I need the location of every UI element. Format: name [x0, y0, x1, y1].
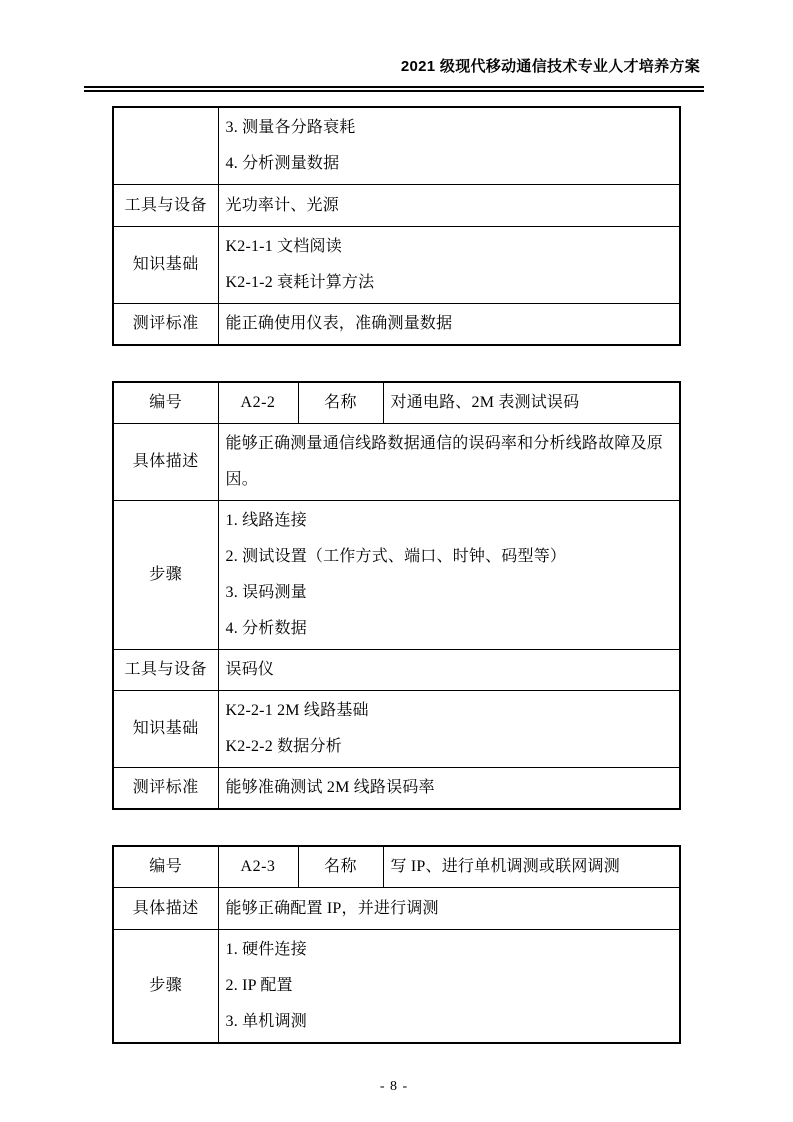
table-row: 具体描述能够正确配置 IP，并进行调测 [113, 888, 680, 930]
content-line: K2-1-2 衰耗计算方法 [226, 265, 674, 301]
content-line: K2-2-1 2M 线路基础 [226, 693, 674, 729]
page-header-title: 2021 级现代移动通信技术专业人才培养方案 [84, 56, 704, 78]
table-row: 测评标准能正确使用仪表，准确测量数据 [113, 304, 680, 346]
task-table-a2-2: 编号A2-2名称对通电路、2M 表测试误码具体描述能够正确测量通信线路数据通信的… [112, 381, 681, 810]
name-value-cell: 写 IP、进行单机调测或联网调测 [383, 846, 680, 888]
content-line: 3. 误码测量 [226, 575, 674, 611]
content-line: 2. 测试设置（工作方式、端口、时钟、码型等） [226, 539, 674, 575]
row-label-cell: 工具与设备 [113, 650, 218, 691]
row-content-cell: K2-2-1 2M 线路基础K2-2-2 数据分析 [218, 691, 680, 768]
header-double-rule [84, 86, 704, 92]
row-content-cell: 能够正确测量通信线路数据通信的误码率和分析线路故障及原 因。 [218, 424, 680, 501]
content-line: 4. 分析测量数据 [226, 146, 674, 182]
content-line: 能够正确测量通信线路数据通信的误码率和分析线路故障及原 因。 [226, 426, 674, 498]
page-footer: - 8 - [84, 1079, 704, 1095]
table-row: 步骤1. 线路连接2. 测试设置（工作方式、端口、时钟、码型等）3. 误码测量4… [113, 501, 680, 650]
row-label-cell: 测评标准 [113, 304, 218, 346]
table-row: 3. 测量各分路衰耗4. 分析测量数据 [113, 107, 680, 185]
name-value-cell: 对通电路、2M 表测试误码 [383, 382, 680, 424]
row-label-cell: 具体描述 [113, 888, 218, 930]
row-label-cell: 步骤 [113, 501, 218, 650]
content-line: 1. 线路连接 [226, 503, 674, 539]
content-line: 能正确使用仪表，准确测量数据 [226, 306, 674, 342]
tables-container: 3. 测量各分路衰耗4. 分析测量数据工具与设备光功率计、光源知识基础K2-1-… [84, 106, 704, 1044]
content-line: 能够准确测试 2M 线路误码率 [226, 770, 674, 806]
table-row: 工具与设备光功率计、光源 [113, 185, 680, 227]
row-content-cell: 误码仪 [218, 650, 680, 691]
table-row: 知识基础K2-2-1 2M 线路基础K2-2-2 数据分析 [113, 691, 680, 768]
task-table-a2-1-continued: 3. 测量各分路衰耗4. 分析测量数据工具与设备光功率计、光源知识基础K2-1-… [112, 106, 681, 346]
id-value-cell: A2-3 [218, 846, 298, 888]
content-line: 2. IP 配置 [226, 968, 674, 1004]
table-row: 工具与设备误码仪 [113, 650, 680, 691]
task-name-text: 写 IP、进行单机调测或联网调测 [391, 849, 674, 885]
row-content-cell: 3. 测量各分路衰耗4. 分析测量数据 [218, 107, 680, 185]
table-header-row: 编号A2-2名称对通电路、2M 表测试误码 [113, 382, 680, 424]
content-line: 光功率计、光源 [226, 188, 674, 224]
table-row: 具体描述能够正确测量通信线路数据通信的误码率和分析线路故障及原 因。 [113, 424, 680, 501]
content-line: 能够正确配置 IP，并进行调测 [226, 891, 674, 927]
table-header-row: 编号A2-3名称写 IP、进行单机调测或联网调测 [113, 846, 680, 888]
row-content-cell: 能够正确配置 IP，并进行调测 [218, 888, 680, 930]
row-content-cell: 能正确使用仪表，准确测量数据 [218, 304, 680, 346]
content-line: K2-1-1 文档阅读 [226, 229, 674, 265]
name-label-cell: 名称 [298, 846, 383, 888]
name-label-cell: 名称 [298, 382, 383, 424]
row-content-cell: 1. 线路连接2. 测试设置（工作方式、端口、时钟、码型等）3. 误码测量4. … [218, 501, 680, 650]
row-label-cell: 知识基础 [113, 691, 218, 768]
row-content-cell: K2-1-1 文档阅读K2-1-2 衰耗计算方法 [218, 227, 680, 304]
content-line: 1. 硬件连接 [226, 932, 674, 968]
row-label-cell: 具体描述 [113, 424, 218, 501]
task-table-a2-3: 编号A2-3名称写 IP、进行单机调测或联网调测具体描述能够正确配置 IP，并进… [112, 845, 681, 1044]
content-line: K2-2-2 数据分析 [226, 729, 674, 765]
id-value-cell: A2-2 [218, 382, 298, 424]
content-line: 3. 单机调测 [226, 1004, 674, 1040]
task-name-text: 对通电路、2M 表测试误码 [391, 385, 674, 421]
row-label-cell: 知识基础 [113, 227, 218, 304]
table-row: 知识基础K2-1-1 文档阅读K2-1-2 衰耗计算方法 [113, 227, 680, 304]
content-line: 4. 分析数据 [226, 611, 674, 647]
document-page: 2021 级现代移动通信技术专业人才培养方案 3. 测量各分路衰耗4. 分析测量… [0, 0, 793, 1122]
content-line: 误码仪 [226, 652, 674, 688]
id-label-cell: 编号 [113, 846, 218, 888]
page-number: - 8 - [380, 1079, 408, 1094]
page-header: 2021 级现代移动通信技术专业人才培养方案 [84, 56, 704, 92]
row-content-cell: 1. 硬件连接2. IP 配置3. 单机调测 [218, 930, 680, 1044]
table-row: 步骤1. 硬件连接2. IP 配置3. 单机调测 [113, 930, 680, 1044]
content-line: 3. 测量各分路衰耗 [226, 110, 674, 146]
table-row: 测评标准能够准确测试 2M 线路误码率 [113, 768, 680, 810]
row-label-cell: 工具与设备 [113, 185, 218, 227]
row-label-cell [113, 107, 218, 185]
row-label-cell: 测评标准 [113, 768, 218, 810]
id-label-cell: 编号 [113, 382, 218, 424]
row-label-cell: 步骤 [113, 930, 218, 1044]
row-content-cell: 光功率计、光源 [218, 185, 680, 227]
row-content-cell: 能够准确测试 2M 线路误码率 [218, 768, 680, 810]
